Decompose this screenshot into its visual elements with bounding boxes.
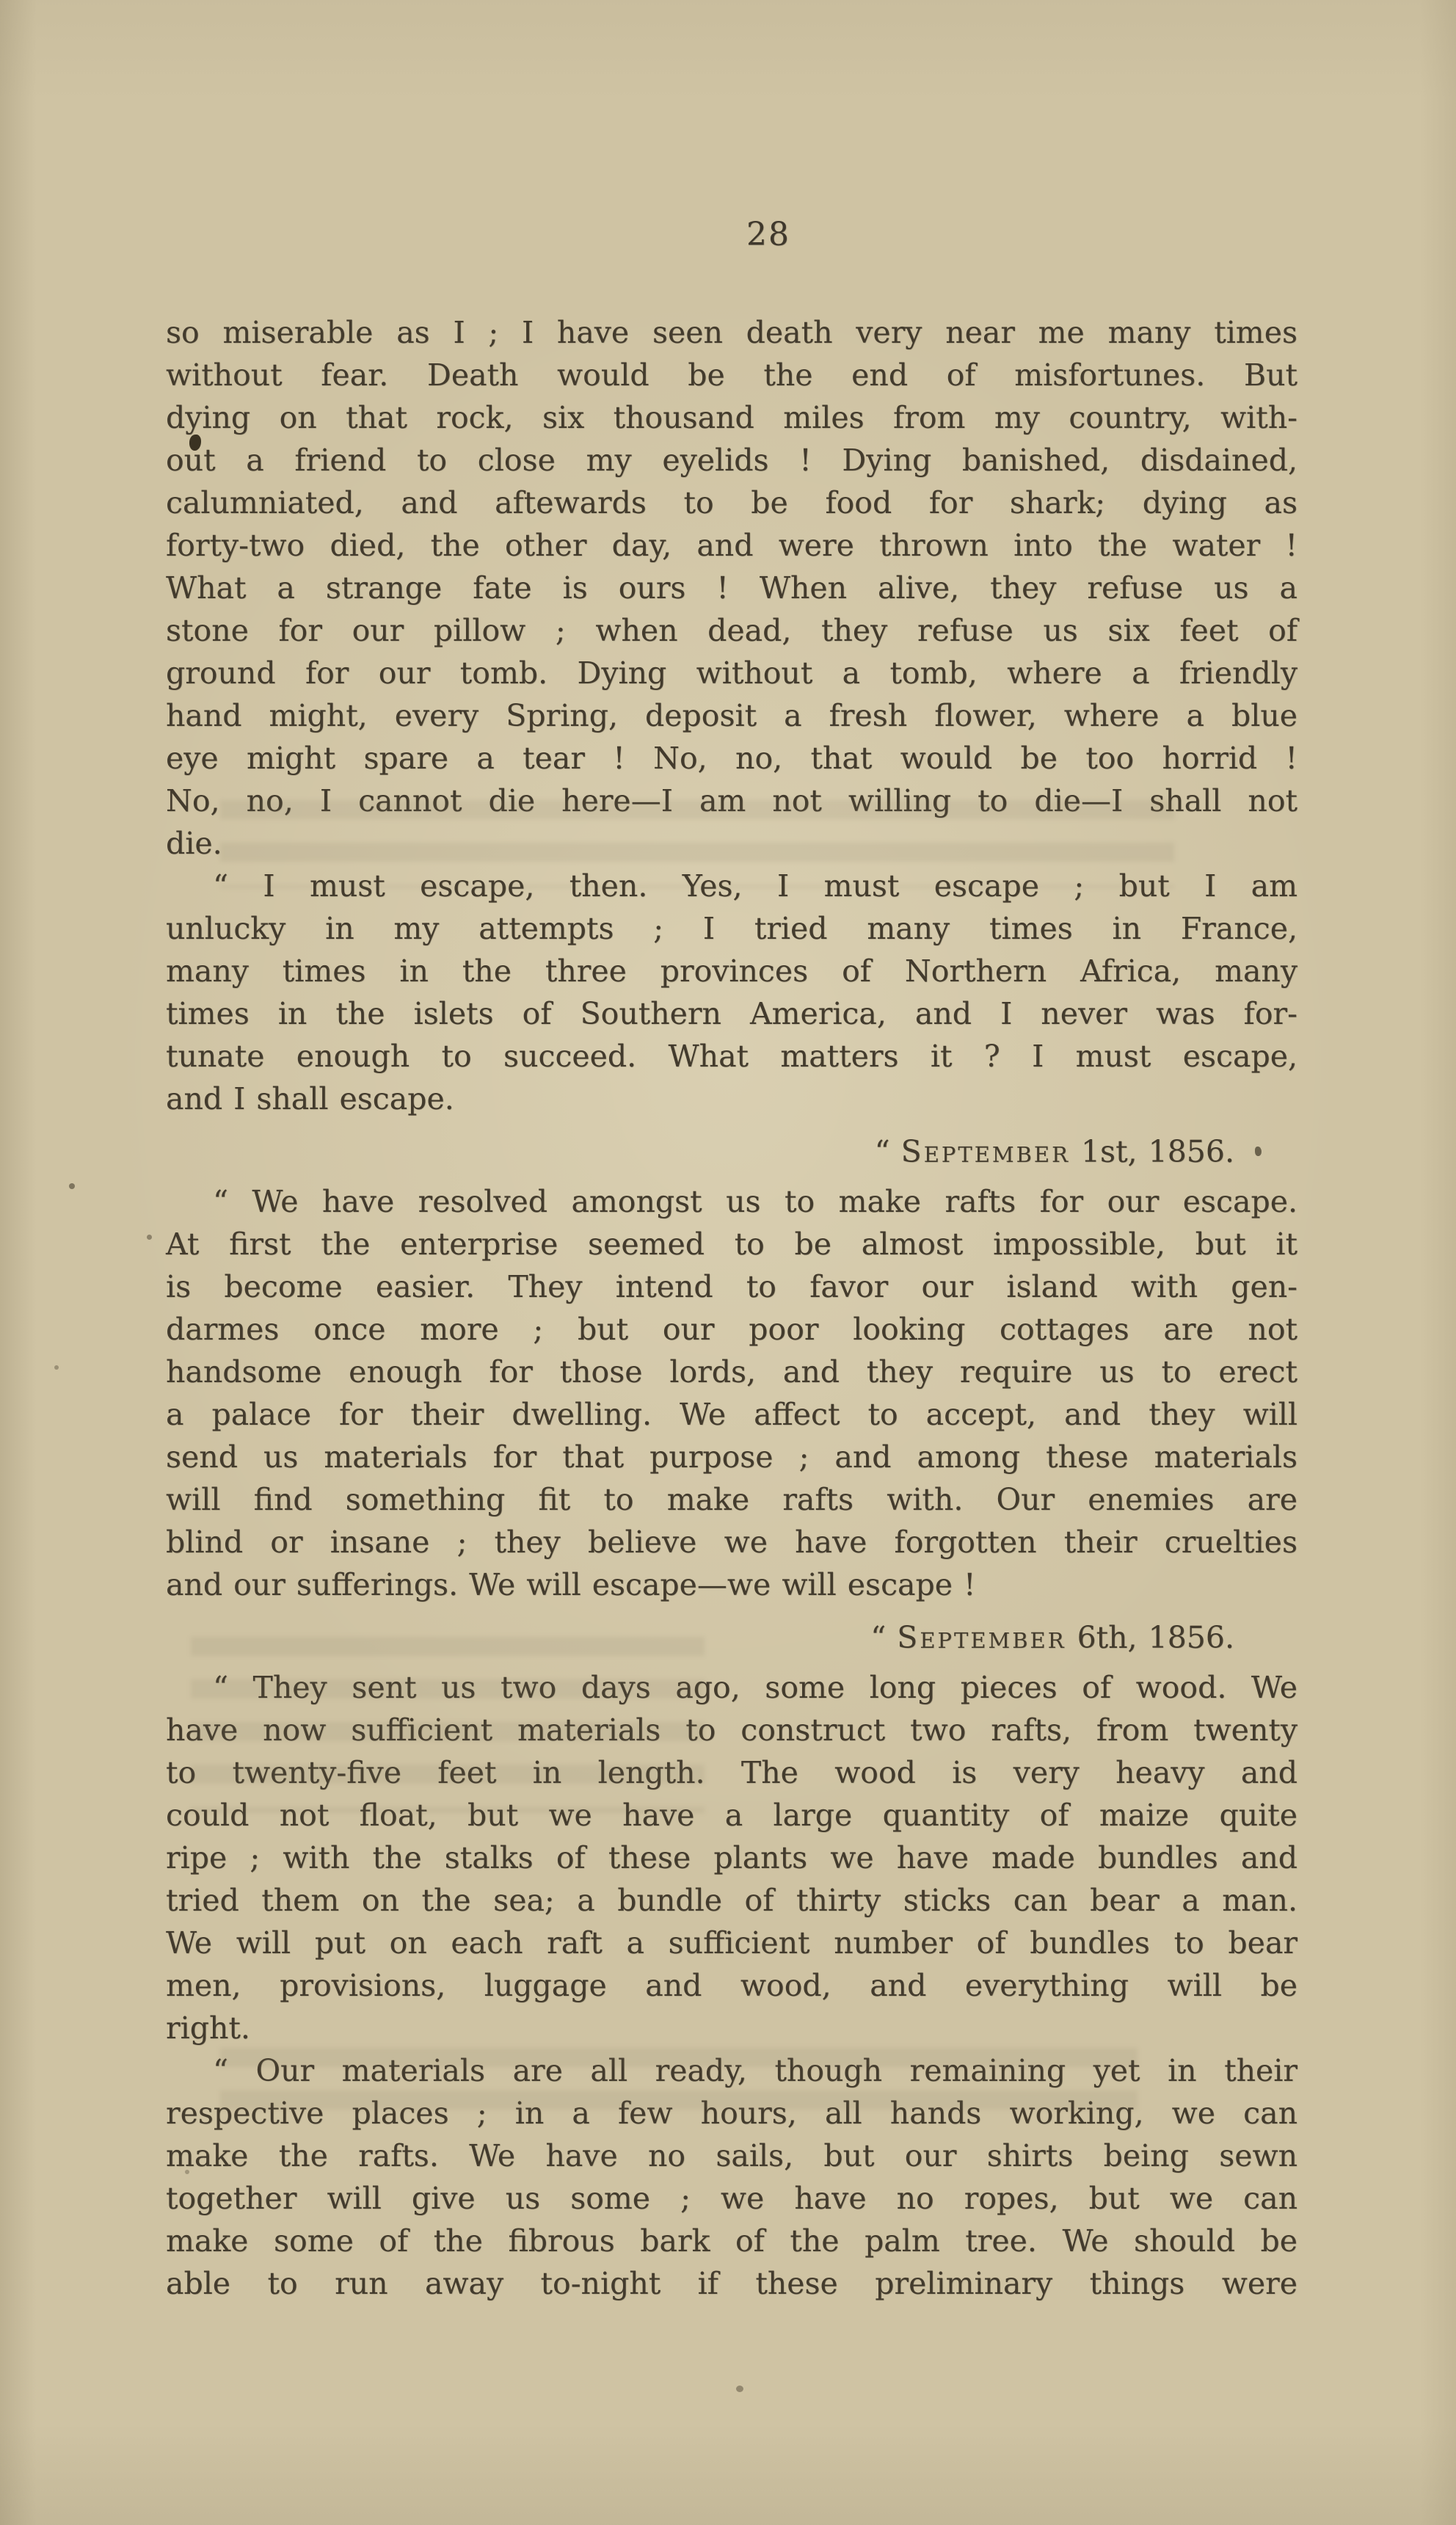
- text-line: together will give us some ; we have no …: [166, 2177, 1297, 2220]
- text-line: hand might, every Spring, deposit a fres…: [166, 694, 1297, 737]
- page-number: 28: [0, 216, 1456, 253]
- heading-date: 6th, 1856.: [1066, 1620, 1234, 1655]
- text-line: so miserable as I ; I have seen death ve…: [166, 311, 1297, 354]
- text-line: and I shall escape.: [166, 1078, 1297, 1120]
- foxing-speck: [1255, 1147, 1262, 1156]
- text-line: calumniated, and aftewards to be food fo…: [166, 482, 1297, 524]
- foxing-speck: [54, 1365, 59, 1370]
- text-line: out a friend to close my eyelids ! Dying…: [166, 439, 1297, 482]
- text-line: “ We have resolved amongst us to make ra…: [166, 1180, 1297, 1223]
- text-line: men, provisions, luggage and wood, and e…: [166, 1964, 1297, 2007]
- text-line: send us materials for that purpose ; and…: [166, 1436, 1297, 1478]
- text-line: right.: [166, 2007, 1297, 2049]
- text-line: eye might spare a tear ! No, no, that wo…: [166, 737, 1297, 780]
- text-line: darmes once more ; but our poor looking …: [166, 1308, 1297, 1351]
- text-line: able to run away to-night if these preli…: [166, 2262, 1297, 2305]
- heading-month: September: [901, 1134, 1070, 1169]
- text-line: unlucky in my attempts ; I tried many ti…: [166, 907, 1297, 950]
- text-line: tried them on the sea; a bundle of thirt…: [166, 1879, 1297, 1922]
- text-line: ground for our tomb. Dying without a tom…: [166, 652, 1297, 694]
- text-line: We will put on each raft a sufficient nu…: [166, 1922, 1297, 1964]
- book-page: 28 so miserable as I ; I have seen death…: [0, 0, 1456, 2525]
- foxing-speck: [147, 1235, 152, 1240]
- text-line: without fear. Death would be the end of …: [166, 354, 1297, 396]
- text-line: What a strange fate is ours ! When alive…: [166, 567, 1297, 609]
- bleed-through: [220, 800, 1174, 888]
- text-line: will find something fit to make rafts wi…: [166, 1478, 1297, 1521]
- text-line: forty-two died, the other day, and were …: [166, 524, 1297, 567]
- text-line: many times in the three provinces of Nor…: [166, 950, 1297, 992]
- bleed-through: [191, 1637, 705, 1813]
- text-line: tunate enough to succeed. What matters i…: [166, 1035, 1297, 1078]
- text-line: stone for our pillow ; when dead, they r…: [166, 609, 1297, 652]
- bleed-through: [220, 2048, 1137, 2114]
- heading-month: September: [897, 1620, 1066, 1655]
- text-line: handsome enough for those lords, and the…: [166, 1351, 1297, 1393]
- text-line: make some of the fibrous bark of the pal…: [166, 2220, 1297, 2262]
- open-quote: “: [875, 1134, 901, 1169]
- foxing-speck: [185, 2170, 189, 2174]
- text-line: and our sufferings. We will escape—we wi…: [166, 1563, 1297, 1606]
- text-line: At first the enterprise seemed to be alm…: [166, 1223, 1297, 1265]
- text-line: is become easier. They intend to favor o…: [166, 1265, 1297, 1308]
- text-line: make the rafts. We have no sails, but ou…: [166, 2135, 1297, 2177]
- text-line: times in the islets of Southern America,…: [166, 992, 1297, 1035]
- text-line: ripe ; with the stalks of these plants w…: [166, 1836, 1297, 1879]
- page-text: so miserable as I ; I have seen death ve…: [166, 311, 1297, 2305]
- date-heading: “ September 1st, 1856.: [166, 1130, 1297, 1173]
- text-line: dying on that rock, six thousand miles f…: [166, 396, 1297, 439]
- text-line: blind or insane ; they believe we have f…: [166, 1521, 1297, 1563]
- foxing-speck: [69, 1183, 75, 1189]
- foxing-speck: [736, 2386, 743, 2392]
- text-line: a palace for their dwelling. We affect t…: [166, 1393, 1297, 1436]
- open-quote: “: [870, 1620, 897, 1655]
- heading-date: 1st, 1856.: [1070, 1134, 1234, 1169]
